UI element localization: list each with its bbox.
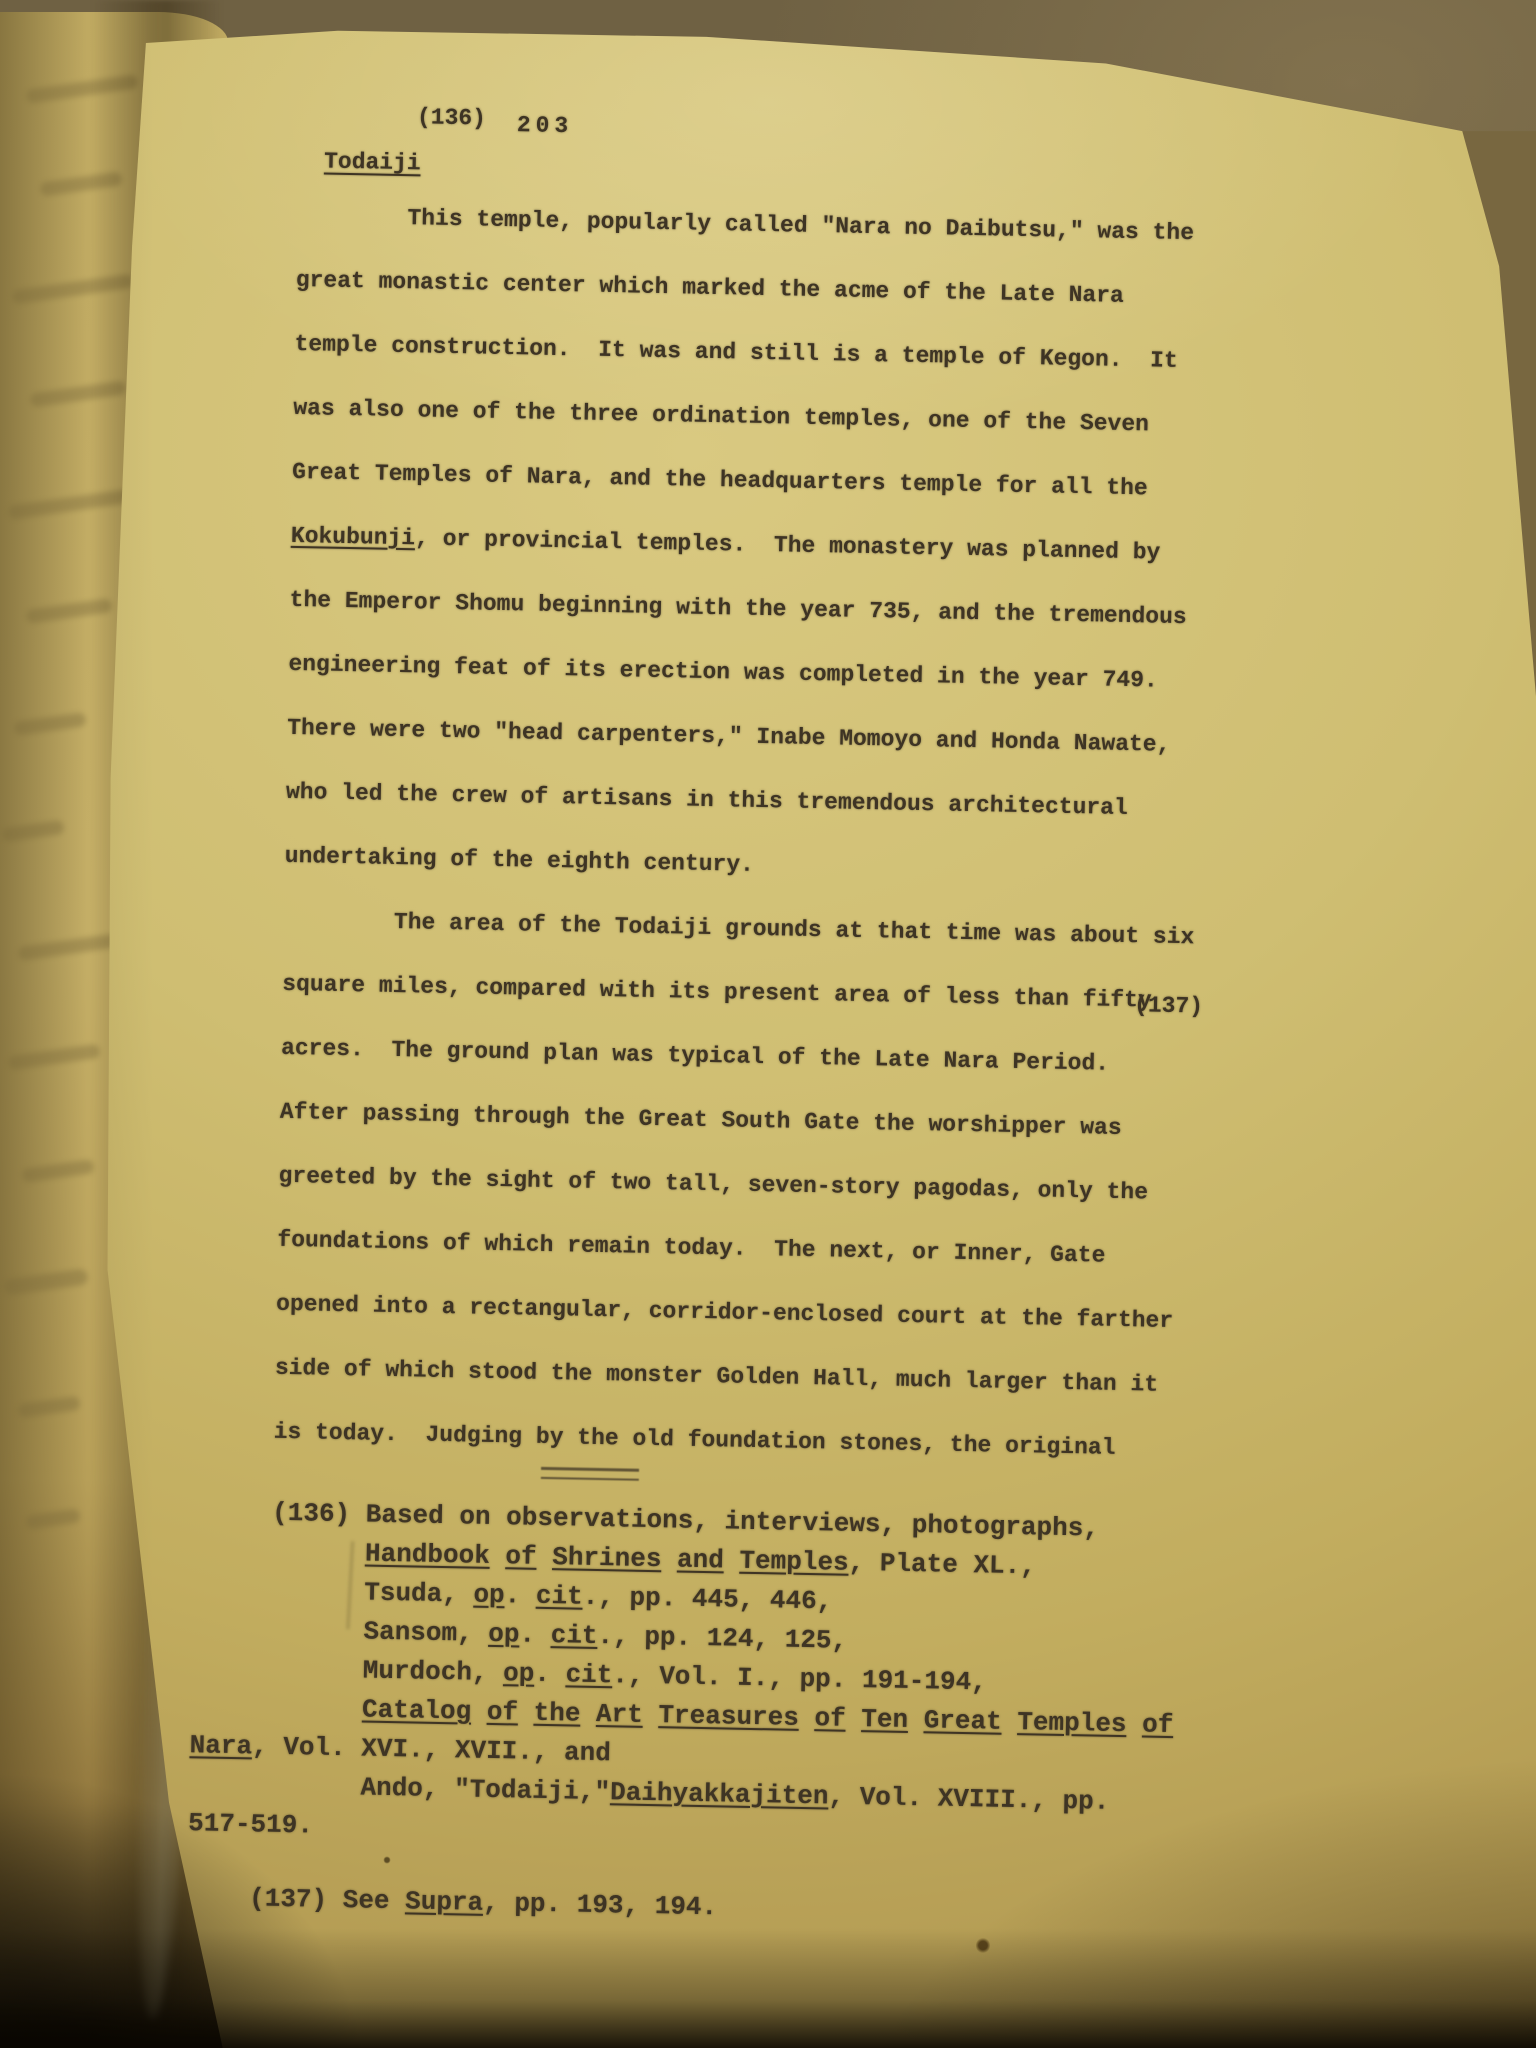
bleed-through-line bbox=[21, 1159, 94, 1183]
bleed-through-line bbox=[13, 712, 86, 736]
footnote-137: (137) See Supra, pp. 193, 194. bbox=[186, 1878, 717, 1927]
manuscript-page: 203 (136) Todaiji This temple, popularly… bbox=[0, 0, 1536, 2048]
ink-speck bbox=[976, 1937, 990, 1953]
bleed-through-line bbox=[1, 820, 64, 842]
bleed-through-line bbox=[17, 1396, 80, 1418]
inline-footnote-ref: (137) bbox=[1134, 990, 1204, 1021]
section-footnote-ref: (136) bbox=[417, 102, 487, 133]
footnote-divider-rule bbox=[541, 1467, 639, 1481]
photographed-book-page: 203 (136) Todaiji This temple, popularly… bbox=[0, 0, 1536, 2048]
bleed-through-line bbox=[25, 1508, 80, 1529]
bleed-through-line bbox=[3, 1268, 88, 1296]
footnote-136: (136) Based on observations, interviews,… bbox=[188, 1492, 1178, 1862]
section-heading: Todaiji bbox=[324, 146, 421, 178]
bleed-through-line bbox=[7, 1044, 100, 1071]
page-number: 203 bbox=[517, 110, 574, 141]
body-text: This temple, popularly called "Nara no D… bbox=[273, 184, 1208, 1481]
text-line: (137) See Supra, pp. 193, 194. bbox=[186, 1878, 717, 1927]
typewritten-content: 203 (136) Todaiji This temple, popularly… bbox=[262, 62, 1479, 2044]
ink-speck bbox=[383, 1856, 390, 1864]
